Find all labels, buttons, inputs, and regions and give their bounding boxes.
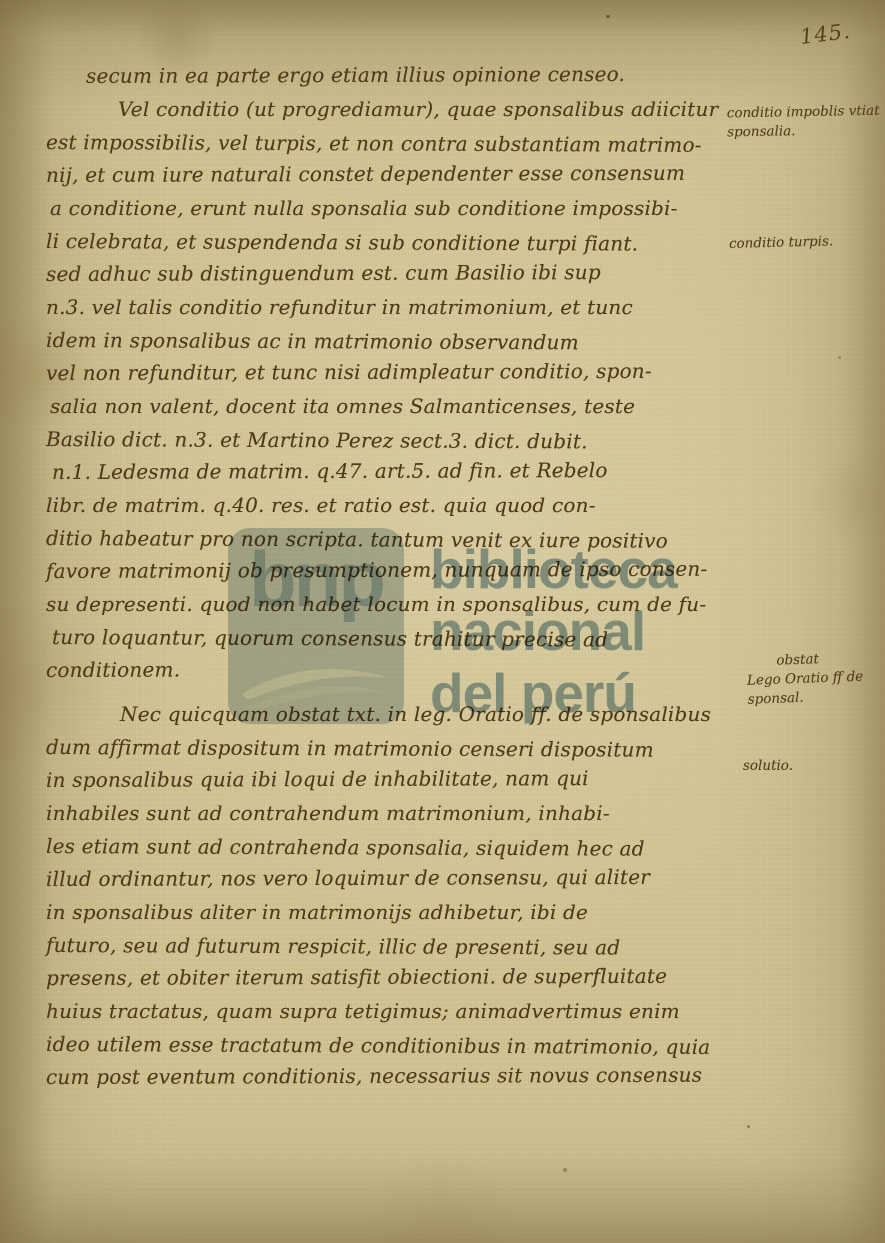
manuscript-line: nij, et cum iure naturali constet depend… (46, 157, 746, 192)
manuscript-line: Nec quicquam obstat txt. in leg. Oratio … (46, 698, 746, 731)
manuscript-line: sed adhuc sub distinguendum est. cum Bas… (46, 256, 746, 291)
margin-note-line: conditio turpis. (729, 231, 884, 254)
manuscript-line: presens, et obiter iterum satisfit obiec… (46, 960, 746, 995)
ink-speck (606, 15, 610, 18)
manuscript-line: n.3. vel talis conditio refunditur in ma… (46, 291, 746, 324)
margin-note-line: solutio. (743, 757, 885, 776)
manuscript-line: in sponsalibus aliter in matrimonijs adh… (46, 896, 746, 929)
manuscript-line: conditionem. (46, 652, 746, 687)
manuscript-line: secum in ea parte ergo etiam illius opin… (46, 58, 746, 93)
manuscript-line: inhabiles sunt ad contrahendum matrimoni… (46, 797, 746, 830)
ink-speck (747, 1125, 750, 1128)
manuscript-line: libr. de matrim. q.40. res. et ratio est… (46, 489, 746, 522)
folio-number: 145. (799, 19, 852, 49)
manuscript-line: in sponsalibus quia ibi loqui de inhabil… (46, 762, 746, 797)
manuscript-line: su depresenti. quod non habet locum in s… (46, 588, 746, 621)
manuscript-line: favore matrimonij ob presumptionem, nunq… (46, 553, 746, 588)
margin-note-obstat: obstat Lego Oratio ff de sponsal. (746, 647, 885, 709)
manuscript-text: secum in ea parte ergo etiam illius opin… (46, 60, 746, 1094)
manuscript-line: n.1. Ledesma de matrim. q.47. art.5. ad … (46, 454, 746, 489)
margin-note-conditio-turpis: conditio turpis. (729, 231, 884, 254)
ink-speck (563, 1168, 567, 1172)
manuscript-line: cum post eventum conditionis, necessariu… (46, 1059, 746, 1094)
manuscript-line: salia non valent, docent ita omnes Salma… (46, 390, 746, 423)
manuscript-page: 145. secum in ea parte ergo etiam illius… (0, 0, 885, 1243)
ink-speck (838, 356, 841, 359)
manuscript-line: huius tractatus, quam supra tetigimus; a… (46, 995, 746, 1028)
margin-note-line: conditio impoblis vtiat (727, 102, 882, 124)
margin-note-solutio: solutio. (743, 757, 885, 776)
manuscript-line: vel non refunditur, et tunc nisi adimple… (46, 355, 746, 390)
manuscript-line: Vel conditio (ut progrediamur), quae spo… (46, 93, 746, 126)
manuscript-line: a conditione, erunt nulla sponsalia sub … (46, 192, 746, 225)
margin-note-conditio-impossibilis: conditio impoblis vtiat sponsalia. (727, 102, 883, 143)
margin-note-line: sponsalia. (727, 121, 882, 143)
manuscript-line: illud ordinantur, nos vero loquimur de c… (46, 861, 746, 896)
